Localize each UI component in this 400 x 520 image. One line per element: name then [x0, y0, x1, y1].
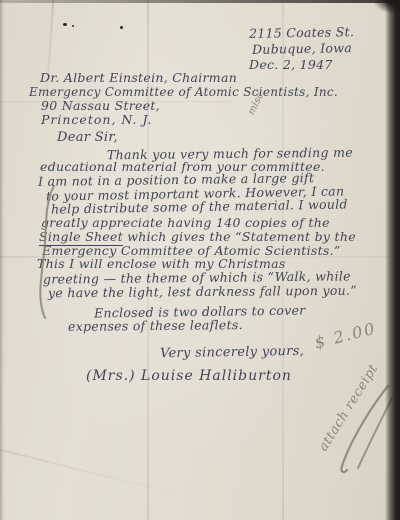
letter-date: Dec. 2, 1947 — [249, 59, 333, 72]
body-line-5: help distribute some of the material. I … — [51, 198, 348, 216]
fold-crease-diagonal — [0, 447, 177, 495]
scan-edge-left — [0, 0, 4, 520]
pencil-note-attach-receipt: attach receipt — [316, 362, 381, 454]
scan-edge-corner — [374, 0, 400, 14]
body-line-6: greatly appreciate having 140 copies of … — [41, 217, 330, 230]
recipient-organization: Emergency Committee of Atomic Scientists… — [29, 86, 338, 98]
sender-city: Dubuque, Iowa — [252, 42, 352, 56]
signature: (Mrs.) Louise Halliburton — [86, 369, 292, 383]
recipient-street: 90 Nassau Street, — [41, 100, 160, 113]
scan-edge-right — [385, 0, 400, 520]
paper-speck — [63, 23, 67, 26]
recipient-name: Dr. Albert Einstein, Chairman — [40, 72, 237, 85]
scanned-letter-page: 2115 Coates St. Dubuque, Iowa Dec. 2, 19… — [0, 0, 400, 520]
paper-speck — [72, 25, 74, 27]
body-line-11: ye have the light, lest darkness fall up… — [48, 285, 357, 300]
pencil-note-amount: $ 2.00 — [313, 319, 379, 353]
body-line-7-rest: which gives the “Statement by the — [123, 229, 356, 244]
body-line-7: Single Sheet which gives the “Statement … — [39, 231, 356, 244]
scan-edge-top — [0, 0, 400, 3]
salutation: Dear Sir, — [57, 131, 118, 144]
body-line-13: expenses of these leaflets. — [68, 319, 243, 333]
sender-street: 2115 Coates St. — [249, 26, 354, 40]
paper-speck — [120, 26, 123, 29]
closing: Very sincerely yours, — [160, 345, 304, 361]
recipient-city: Princeton, N. J. — [41, 114, 152, 127]
